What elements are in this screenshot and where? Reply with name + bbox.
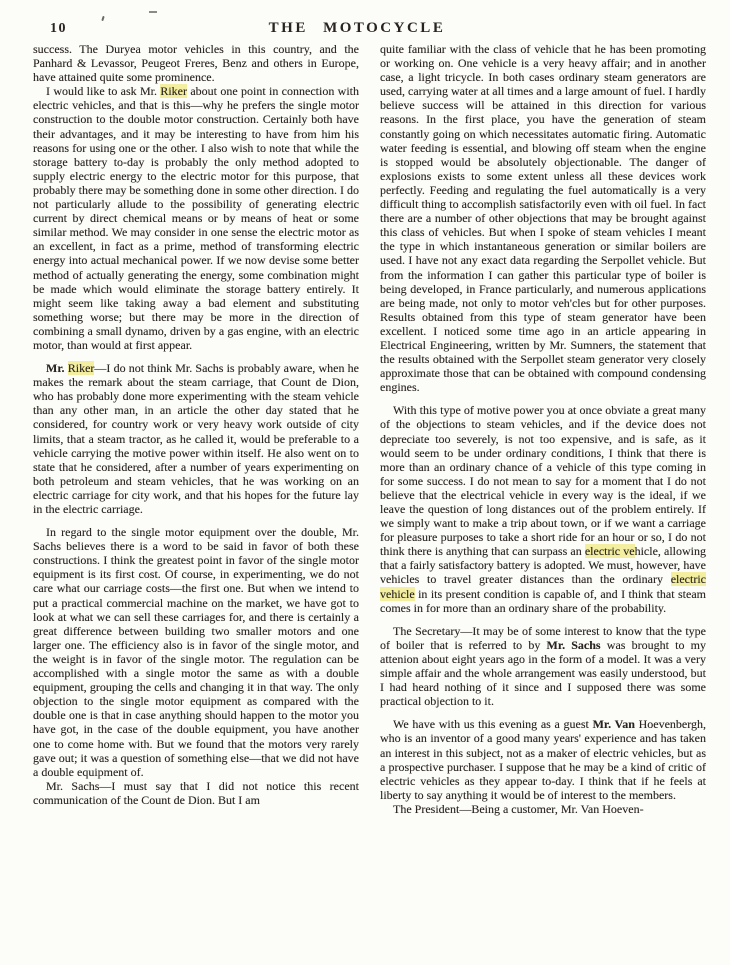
paragraph: I would like to ask Mr. Riker about one … xyxy=(33,84,359,352)
paragraph: We have with us this evening as a guest … xyxy=(380,717,706,802)
document-page: 10 THE MOTOCYCLE success. The Duryea mot… xyxy=(0,0,730,816)
text-segment: With this type of motive power you at on… xyxy=(380,403,706,558)
paragraph: In regard to the single motor equipment … xyxy=(33,525,359,779)
text-segment: about one point in connection with elect… xyxy=(33,84,359,352)
page-header: 10 THE MOTOCYCLE xyxy=(0,0,730,30)
text-segment: Mr. Van xyxy=(593,717,635,731)
text-segment: in its present condition is capable of, … xyxy=(380,587,706,615)
text-segment: The President—Being a customer, Mr. Van … xyxy=(393,802,644,816)
paragraph: Mr. Riker—I do not think Mr. Sachs is pr… xyxy=(33,361,359,516)
text-segment: success. The Duryea motor vehicles in th… xyxy=(33,42,359,84)
highlighted-text: electric ve xyxy=(585,544,635,558)
text-segment: Mr. xyxy=(46,361,68,375)
text-columns: success. The Duryea motor vehicles in th… xyxy=(0,42,730,816)
text-segment: We have with us this evening as a guest xyxy=(393,717,593,731)
column-left: success. The Duryea motor vehicles in th… xyxy=(33,42,359,816)
column-right: quite familiar with the class of vehicle… xyxy=(380,42,706,816)
text-segment: quite familiar with the class of vehicle… xyxy=(380,42,706,394)
paragraph: success. The Duryea motor vehicles in th… xyxy=(33,42,359,84)
text-segment: Mr. Sachs—I must say that I did not noti… xyxy=(33,779,359,807)
paragraph: Mr. Sachs—I must say that I did not noti… xyxy=(33,779,359,807)
paragraph: The Secretary—It may be of some interest… xyxy=(380,624,706,709)
text-segment: I would like to ask Mr. xyxy=(46,84,160,98)
text-segment: Mr. Sachs xyxy=(547,638,601,652)
paragraph: The President—Being a customer, Mr. Van … xyxy=(380,802,706,816)
text-segment: In regard to the single motor equipment … xyxy=(33,525,359,779)
highlighted-text: Riker xyxy=(68,361,95,375)
paragraph: With this type of motive power you at on… xyxy=(380,403,706,614)
paragraph: quite familiar with the class of vehicle… xyxy=(380,42,706,394)
highlighted-text: Riker xyxy=(160,84,187,98)
text-segment: —I do not think Mr. Sachs is probably aw… xyxy=(33,361,359,516)
journal-title: THE MOTOCYCLE xyxy=(0,20,714,37)
